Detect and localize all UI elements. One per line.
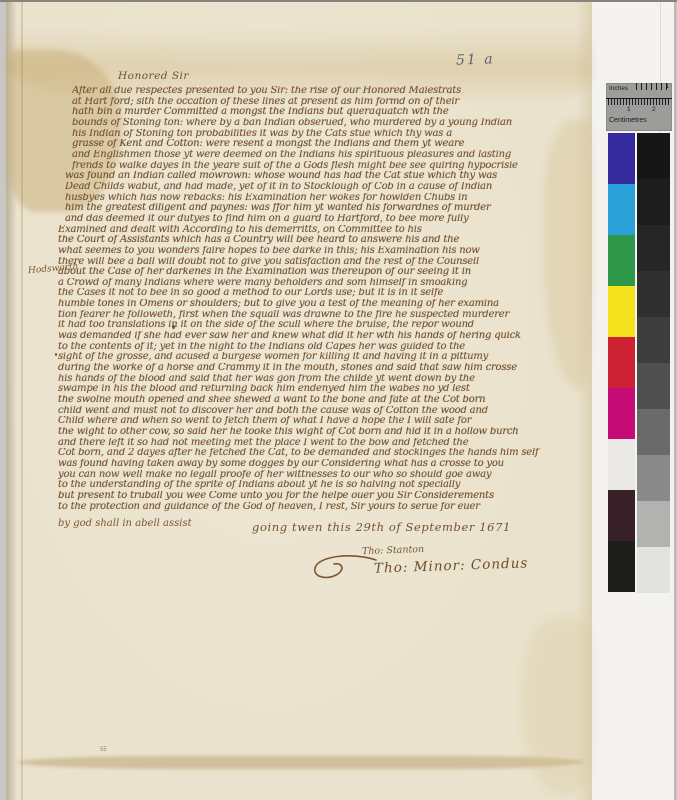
manuscript-line: was found an Indian called mowrown: whos… — [65, 171, 570, 182]
manuscript-line: what seemes to you wonders faire hopes t… — [58, 246, 570, 257]
centimetres-label: Centimetres — [609, 117, 647, 124]
signature-flourish-icon — [312, 550, 378, 588]
manuscript-line: the wight to other cow, so said her he t… — [58, 427, 570, 438]
calibration-ruler: Inches 1 1 2 Centimetres — [606, 83, 672, 131]
manuscript-line: his hands of the blood and said that her… — [58, 374, 570, 385]
manuscript-line: to the protection and guidance of the Go… — [58, 502, 570, 513]
manuscript-line: it had too translations in it on the sid… — [58, 320, 570, 331]
manuscript-line: bounds of Stoning ton: where by a ban In… — [72, 118, 570, 129]
fold-crease — [21, 2, 23, 800]
color-patch — [608, 541, 635, 592]
manuscript-line: you can now well make no legall proofe o… — [58, 470, 570, 481]
manuscript-line: and there left it so had not meeting met… — [58, 438, 570, 449]
signature-minor: Tho: Minor: Condus — [374, 555, 529, 576]
stain — [18, 756, 584, 769]
color-patch — [608, 133, 635, 184]
manuscript-line: the Cases it not to bee in so good a met… — [58, 288, 570, 299]
manuscript-line: at Hart ford; sith the occation of these… — [72, 97, 570, 108]
manuscript-line: him the greatest diligent and paynes: wa… — [65, 203, 570, 214]
grayscale-step — [637, 501, 670, 547]
ink-speck — [55, 353, 57, 356]
manuscript-line: but present to truball you wee Come unto… — [58, 491, 570, 502]
cm-ticks — [608, 99, 670, 105]
grayscale-step — [637, 271, 670, 317]
manuscript-line: sight of the grosse, and acused a burges… — [58, 352, 570, 363]
manuscript-line: husbyes which has now rebacks: his Exami… — [65, 193, 570, 204]
manuscript-line: his Indian of Stoning ton probabilities … — [72, 129, 570, 140]
manuscript-line: Cot born, and 2 dayes after he fetched t… — [58, 448, 570, 459]
manuscript-line: hath bin a murder Committed a mongst the… — [72, 107, 570, 118]
closing-line: by god shall in abell assist — [58, 518, 192, 529]
cm-number-2: 2 — [652, 106, 656, 113]
manuscript-line: about the Case of her darkenes in the Ex… — [58, 267, 570, 278]
color-patch — [608, 439, 635, 490]
manuscript-line: Child where and when so went to fetch th… — [58, 416, 570, 427]
manuscript-photograph: 51 a Honored Sir After all due respectes… — [0, 0, 677, 800]
stain — [522, 618, 592, 794]
grayscale-column — [637, 133, 670, 593]
cm-number-1: 1 — [627, 106, 631, 113]
manuscript-line: to the contents of it; yet in the night … — [58, 342, 570, 353]
grayscale-step — [637, 317, 670, 363]
dateline: going twen this 29th of September 1671 — [252, 520, 511, 534]
grayscale-step — [637, 225, 670, 271]
manuscript-line: to the understanding of the sprite of In… — [58, 480, 570, 491]
manuscript-line: After all due respectes presented to you… — [72, 86, 570, 97]
grayscale-step — [637, 179, 670, 225]
manuscript-body: After all due respectes presented to you… — [58, 86, 570, 512]
manuscript-page: 51 a Honored Sir After all due respectes… — [6, 2, 592, 800]
color-patch — [608, 184, 635, 235]
manuscript-line: and Englishmen those yt were deemed on t… — [72, 150, 570, 161]
manuscript-line: Examined and dealt with According to his… — [58, 225, 570, 236]
manuscript-line: a Crowd of many Indians where were many … — [58, 278, 570, 289]
salutation: Honored Sir — [118, 70, 189, 82]
grayscale-step — [637, 363, 670, 409]
inches-label: Inches — [609, 85, 628, 92]
manuscript-line: frends to walke dayes in the yeare suit … — [72, 161, 570, 172]
manuscript-line: swampe in his the blood and returning ba… — [58, 384, 570, 395]
manuscript-line: the Court of Assistants which has a Coun… — [58, 235, 570, 246]
grayscale-step — [637, 409, 670, 455]
manuscript-line: during the worke of a horse and Crammy i… — [58, 363, 570, 374]
color-patch — [608, 490, 635, 541]
color-patch-column — [608, 133, 635, 592]
pencil-mark: 55 — [100, 747, 107, 753]
manuscript-line: tion fearer he followeth, first when the… — [58, 310, 570, 321]
color-patch — [608, 388, 635, 439]
manuscript-line: there will bee a ball will doubt not to … — [58, 257, 570, 268]
manuscript-line: and das deemed it our dutyes to find him… — [65, 214, 570, 225]
manuscript-line: the swolne mouth opened and shee shewed … — [58, 395, 570, 406]
manuscript-line: was demanded if she had ever saw her and… — [58, 331, 570, 342]
color-patch — [608, 286, 635, 337]
inch-number: 1 — [666, 84, 669, 90]
manuscript-line: child went and must not to discover her … — [58, 406, 570, 417]
color-patch — [608, 337, 635, 388]
grayscale-step — [637, 455, 670, 501]
grayscale-step — [637, 547, 670, 593]
grayscale-step — [637, 133, 670, 179]
manuscript-line: was found having taken away by some dogg… — [58, 459, 570, 470]
manuscript-line: grasse of Kent and Cotton: were resent a… — [72, 139, 570, 150]
color-patch — [608, 235, 635, 286]
manuscript-line: Dead Childs wabut, and had made, yet of … — [65, 182, 570, 193]
manuscript-line: humble tones in Omens or shoulders; but … — [58, 299, 570, 310]
folio-number: 51 a — [456, 51, 495, 68]
